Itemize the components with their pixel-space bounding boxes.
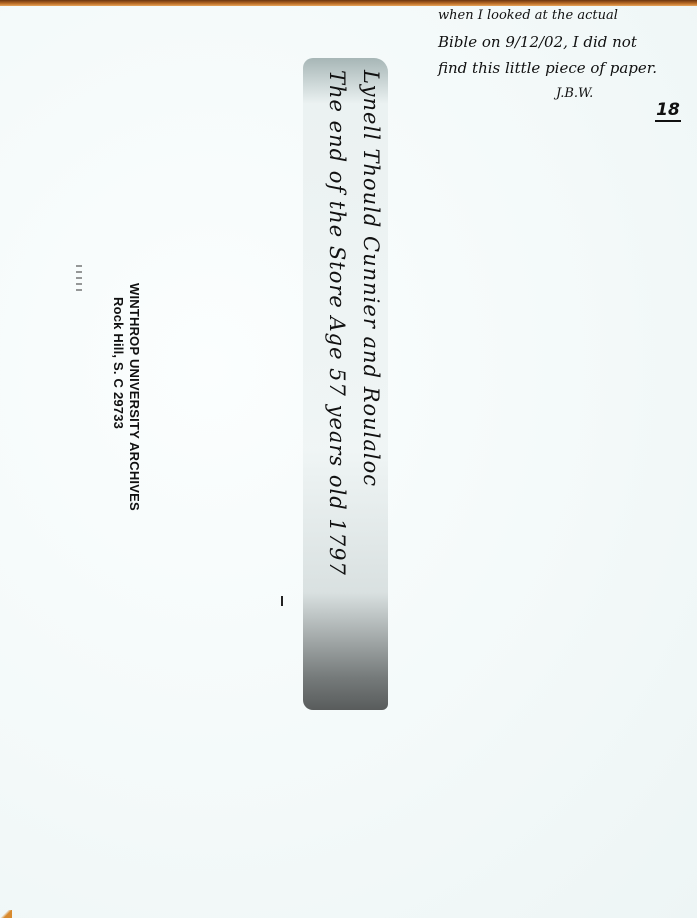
handwritten-annotation: when I looked at the actual Bible on 9/1… <box>438 3 693 107</box>
strip-line-2: The end of the Store Age 57 years old 17… <box>320 70 354 710</box>
page-number: 18 <box>655 100 681 122</box>
stamp-line-2: Rock Hill, S. C 29733 <box>110 283 126 523</box>
strip-handwriting: Lynell Thould Cunnier and Roulaloc The e… <box>308 70 388 710</box>
archive-stamp: WINTHROP UNIVERSITY ARCHIVES Rock Hill, … <box>102 283 142 523</box>
scanned-page: when I looked at the actual Bible on 9/1… <box>0 0 697 918</box>
note-line-3: find this little piece of paper. <box>438 55 693 81</box>
scan-mark <box>281 596 283 606</box>
page-corner <box>0 910 12 918</box>
note-line-1: when I looked at the actual <box>438 3 693 29</box>
scan-marks <box>76 265 82 291</box>
strip-line-1: Lynell Thould Cunnier and Roulaloc <box>354 70 388 710</box>
note-line-2: Bible on 9/12/02, I did not <box>438 29 693 55</box>
stamp-line-1: WINTHROP UNIVERSITY ARCHIVES <box>126 283 142 523</box>
